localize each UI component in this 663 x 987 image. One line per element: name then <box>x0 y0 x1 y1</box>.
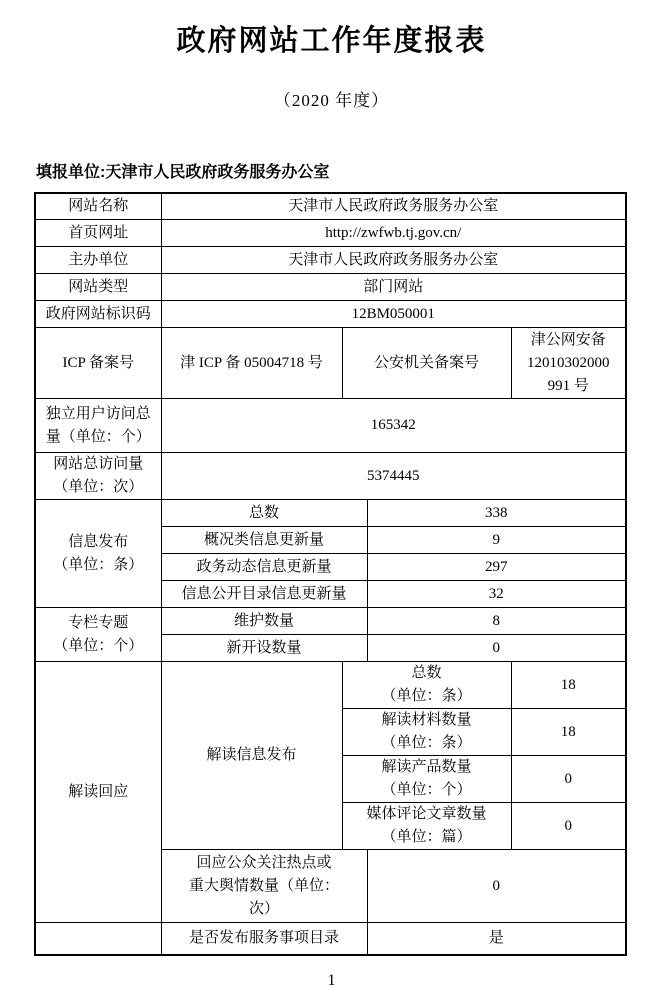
reporting-unit-value: 天津市人民政府政务服务办公室 <box>105 164 329 181</box>
reporting-unit-label: 填报单位: <box>36 164 105 181</box>
info-release-item-label: 总数 <box>161 500 367 527</box>
page-number: 1 <box>0 972 663 987</box>
table-row: ICP 备案号 津 ICP 备 05004718 号 公安机关备案号 津公网安备… <box>35 328 626 399</box>
interpretation-item-label: 总数 （单位：条） <box>342 662 511 709</box>
interpretation-group-label: 解读回应 <box>35 662 161 923</box>
table-row: 独立用户访问总 量（单位：个） 165342 <box>35 399 626 453</box>
service-directory-label: 是否发布服务事项目录 <box>161 923 367 955</box>
info-release-group-label: 信息发布 （单位：条） <box>35 500 161 608</box>
special-columns-item-value: 0 <box>367 635 626 662</box>
total-visits-value: 5374445 <box>161 453 626 500</box>
info-release-item-value: 297 <box>367 554 626 581</box>
site-name-value: 天津市人民政府政务服务办公室 <box>161 193 626 220</box>
unique-visitors-label: 独立用户访问总 量（单位：个） <box>35 399 161 453</box>
table-row: 主办单位 天津市人民政府政务服务办公室 <box>35 247 626 274</box>
site-name-label: 网站名称 <box>35 193 161 220</box>
table-row: 信息发布 （单位：条） 总数 338 <box>35 500 626 527</box>
report-page: 政府网站工作年度报表 （2020 年度） 填报单位:天津市人民政府政务服务办公室… <box>0 0 663 987</box>
site-type-label: 网站类型 <box>35 274 161 301</box>
table-row: 网站名称 天津市人民政府政务服务办公室 <box>35 193 626 220</box>
icp-value: 津 ICP 备 05004718 号 <box>161 328 342 399</box>
hotspot-response-value: 0 <box>367 850 626 923</box>
table-row: 是否发布服务事项目录 是 <box>35 923 626 955</box>
table-row: 网站类型 部门网站 <box>35 274 626 301</box>
table-row: 网站总访问量 （单位：次） 5374445 <box>35 453 626 500</box>
unique-visitors-value: 165342 <box>161 399 626 453</box>
interpretation-item-label: 解读产品数量 （单位：个） <box>342 756 511 803</box>
info-release-item-value: 338 <box>367 500 626 527</box>
table-row: 政府网站标识码 12BM050001 <box>35 301 626 328</box>
table-row: 解读回应 解读信息发布 总数 （单位：条） 18 <box>35 662 626 709</box>
special-columns-item-label: 维护数量 <box>161 608 367 635</box>
site-code-value: 12BM050001 <box>161 301 626 328</box>
police-filing-value: 津公网安备 12010302000 991 号 <box>511 328 626 399</box>
special-columns-item-label: 新开设数量 <box>161 635 367 662</box>
interpretation-item-value: 0 <box>511 756 626 803</box>
empty-cell <box>35 923 161 955</box>
service-directory-value: 是 <box>367 923 626 955</box>
reporting-unit-line: 填报单位:天津市人民政府政务服务办公室 <box>36 159 663 182</box>
special-columns-group-label: 专栏专题 （单位：个） <box>35 608 161 662</box>
info-release-item-value: 9 <box>367 527 626 554</box>
interpretation-item-value: 0 <box>511 803 626 850</box>
hotspot-response-label: 回应公众关注热点或 重大舆情数量（单位： 次） <box>161 850 367 923</box>
special-columns-item-value: 8 <box>367 608 626 635</box>
site-code-label: 政府网站标识码 <box>35 301 161 328</box>
total-visits-label: 网站总访问量 （单位：次） <box>35 453 161 500</box>
page-title: 政府网站工作年度报表 <box>0 26 663 58</box>
interpretation-release-label: 解读信息发布 <box>161 662 342 850</box>
info-release-item-label: 概况类信息更新量 <box>161 527 367 554</box>
interpretation-item-value: 18 <box>511 709 626 756</box>
police-filing-label: 公安机关备案号 <box>342 328 511 399</box>
icp-label: ICP 备案号 <box>35 328 161 399</box>
info-release-item-label: 政务动态信息更新量 <box>161 554 367 581</box>
organizer-label: 主办单位 <box>35 247 161 274</box>
home-url-label: 首页网址 <box>35 220 161 247</box>
annual-report-table: 网站名称 天津市人民政府政务服务办公室 首页网址 http://zwfwb.tj… <box>34 192 627 956</box>
interpretation-item-value: 18 <box>511 662 626 709</box>
table-row: 首页网址 http://zwfwb.tj.gov.cn/ <box>35 220 626 247</box>
home-url-value: http://zwfwb.tj.gov.cn/ <box>161 220 626 247</box>
info-release-item-label: 信息公开目录信息更新量 <box>161 581 367 608</box>
table-row: 专栏专题 （单位：个） 维护数量 8 <box>35 608 626 635</box>
report-year-subtitle: （2020 年度） <box>0 86 663 111</box>
interpretation-item-label: 媒体评论文章数量 （单位：篇） <box>342 803 511 850</box>
info-release-item-value: 32 <box>367 581 626 608</box>
interpretation-item-label: 解读材料数量 （单位：条） <box>342 709 511 756</box>
organizer-value: 天津市人民政府政务服务办公室 <box>161 247 626 274</box>
site-type-value: 部门网站 <box>161 274 626 301</box>
